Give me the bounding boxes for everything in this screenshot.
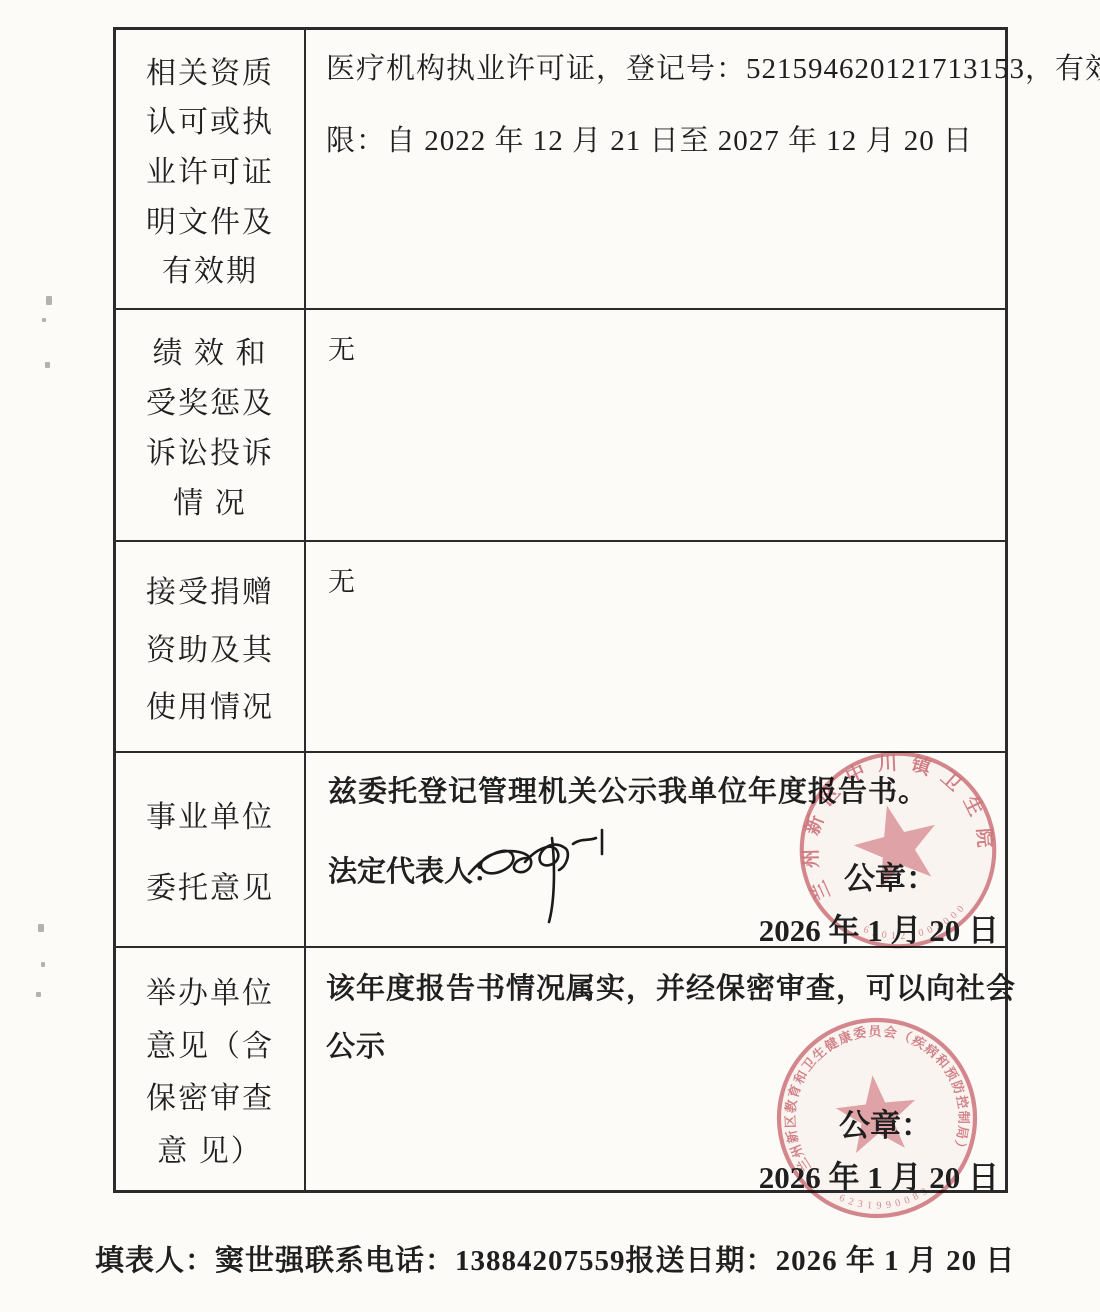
row-qualifications: 相关资质 认可或执 业许可证 明文件及 有效期 医疗机构执业许可证，登记号：52… (116, 30, 1005, 310)
row-donations-label: 接受捐赠 资助及其 使用情况 (116, 542, 306, 751)
label-line: 受奖惩及 (146, 378, 274, 422)
row-performance-label: 绩 效 和 受奖惩及 诉讼投诉 情 况 (116, 310, 306, 540)
scan-noise-mark (42, 318, 46, 322)
phone-field: 联系电话：13884207559 (305, 1238, 626, 1279)
license-validity-line: 限：自 2022 年 12 月 21 日至 2027 年 12 月 20 日 (326, 118, 973, 159)
scan-noise-mark (38, 924, 44, 932)
row-donations: 接受捐赠 资助及其 使用情况 无 (116, 542, 1005, 753)
row-donations-content: 无 (306, 542, 1005, 751)
label-line: 保密审查 (146, 1073, 274, 1117)
label-line: 使用情况 (146, 682, 274, 726)
preparer-name: 窦世强 (215, 1245, 305, 1277)
phone-number: 13884207559 (455, 1245, 626, 1277)
label-line: 事业单位 (146, 792, 274, 836)
legal-representative-signature (455, 808, 645, 938)
label-line: 相关资质 (146, 48, 274, 92)
label-line: 明文件及 (146, 197, 274, 241)
scan-noise-mark (46, 296, 52, 305)
scan-noise-mark (41, 962, 45, 967)
submit-date-value: 2026 年 1 月 20 日 (776, 1245, 1016, 1277)
label-line: 接受捐赠 (146, 567, 274, 611)
label-line: 委托意见 (146, 863, 274, 907)
license-info-line: 医疗机构执业许可证，登记号：521594620121713153，有效期 (326, 46, 1100, 87)
row-qualifications-content: 医疗机构执业许可证，登记号：521594620121713153，有效期 限：自… (306, 30, 1005, 308)
sponsor-opinion-line: 公示 (326, 1024, 386, 1065)
preparer-field: 填表人：窦世强 (95, 1238, 305, 1279)
preparer-label: 填表人： (95, 1245, 215, 1277)
phone-label: 联系电话： (305, 1245, 455, 1277)
label-line: 情 况 (173, 478, 247, 522)
row-qualifications-label: 相关资质 认可或执 业许可证 明文件及 有效期 (116, 30, 306, 308)
sponsor-opinion-date: 2026 年 1 月 20 日 (759, 1152, 999, 1197)
label-line: 诉讼投诉 (146, 428, 274, 472)
scan-noise-mark (45, 362, 50, 368)
submit-date-label: 报送日期： (626, 1245, 776, 1277)
label-line: 有效期 (162, 246, 258, 290)
submit-date-field: 报送日期：2026 年 1 月 20 日 (626, 1238, 1016, 1279)
row-performance: 绩 效 和 受奖惩及 诉讼投诉 情 况 无 (116, 310, 1005, 542)
form-footer: 填表人：窦世强 联系电话：13884207559 报送日期：2026 年 1 月… (95, 1238, 977, 1279)
row-entity-commitment-label: 事业单位 委托意见 (116, 753, 306, 946)
label-line: 举办单位 (146, 968, 274, 1012)
commitment-date: 2026 年 1 月 20 日 (759, 905, 999, 950)
label-line: 资助及其 (146, 625, 274, 669)
label-line: 意 见） (157, 1126, 263, 1170)
scan-noise-mark (36, 992, 41, 997)
row-sponsor-opinion-label: 举办单位 意见（含 保密审查 意 见） (116, 948, 306, 1190)
none-value: 无 (328, 560, 355, 599)
label-line: 认可或执 (146, 97, 274, 141)
label-line: 绩 效 和 (153, 328, 268, 372)
official-seal-label: 公章： (844, 853, 937, 898)
scanned-report-page: 相关资质 认可或执 业许可证 明文件及 有效期 医疗机构执业许可证，登记号：52… (0, 0, 1100, 1312)
label-line: 业许可证 (146, 147, 274, 191)
row-performance-content: 无 (306, 310, 1005, 540)
official-seal-label: 公章： (839, 1100, 932, 1145)
none-value: 无 (328, 328, 355, 367)
label-line: 意见（含 (146, 1021, 274, 1065)
